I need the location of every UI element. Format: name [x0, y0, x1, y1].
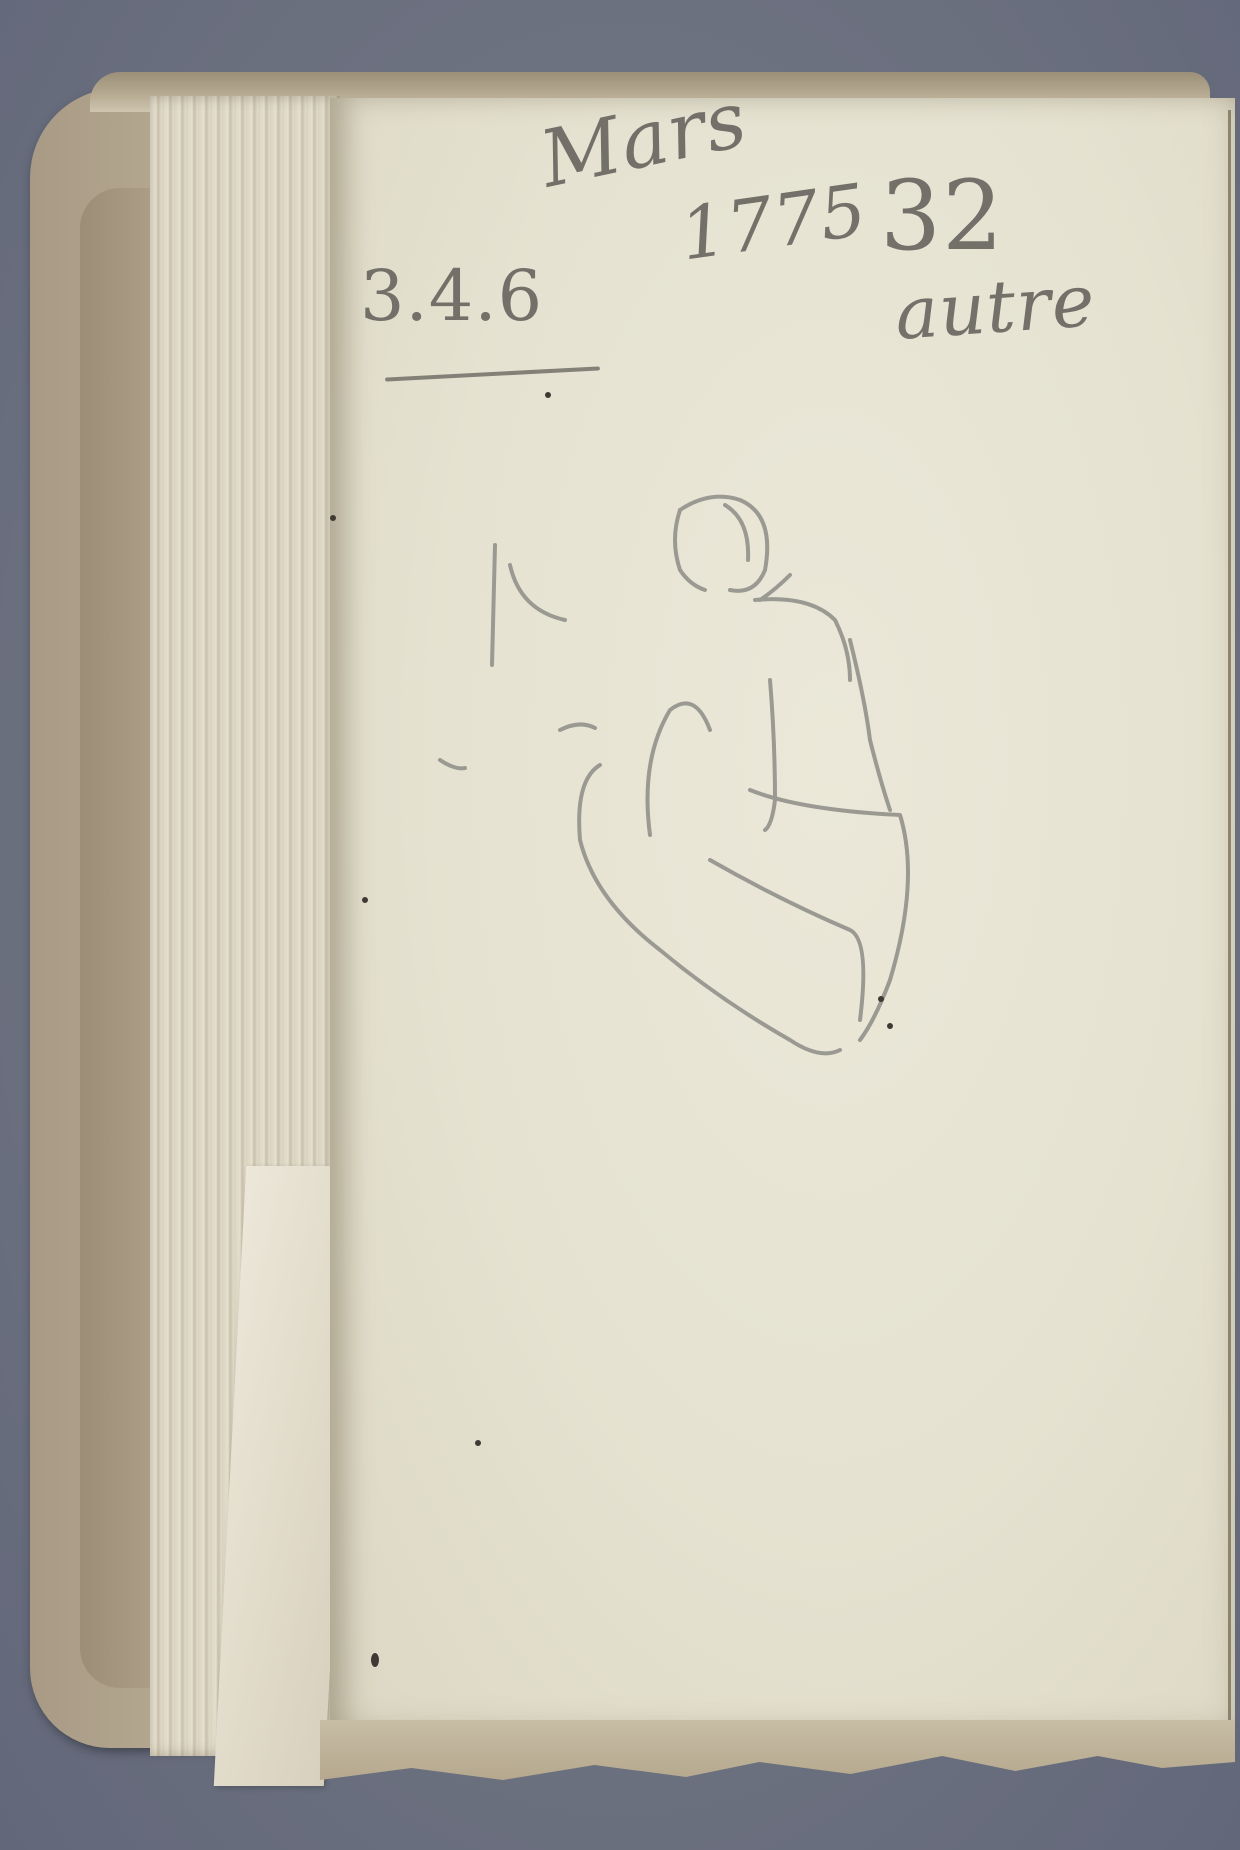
paper-speck — [371, 1653, 379, 1667]
paper-speck — [330, 515, 336, 521]
sketch-chair — [492, 545, 495, 665]
paper-speck — [887, 1023, 893, 1029]
sketch-shoulder — [755, 599, 850, 680]
annotation-word: autre — [892, 258, 1098, 356]
paper-speck — [545, 392, 551, 398]
sketch-head — [680, 497, 767, 591]
paper-speck — [362, 897, 368, 903]
pencil-sketch-figure — [380, 480, 940, 1380]
page-right-edge — [1228, 110, 1231, 1730]
sketch-arm — [648, 703, 711, 835]
paper-speck — [475, 1440, 481, 1446]
annotation-reference: 3.4.6 — [360, 255, 543, 337]
paper-speck — [878, 996, 884, 1002]
annotation-page-number: 32 — [880, 160, 1004, 272]
page-stack — [150, 96, 340, 1756]
